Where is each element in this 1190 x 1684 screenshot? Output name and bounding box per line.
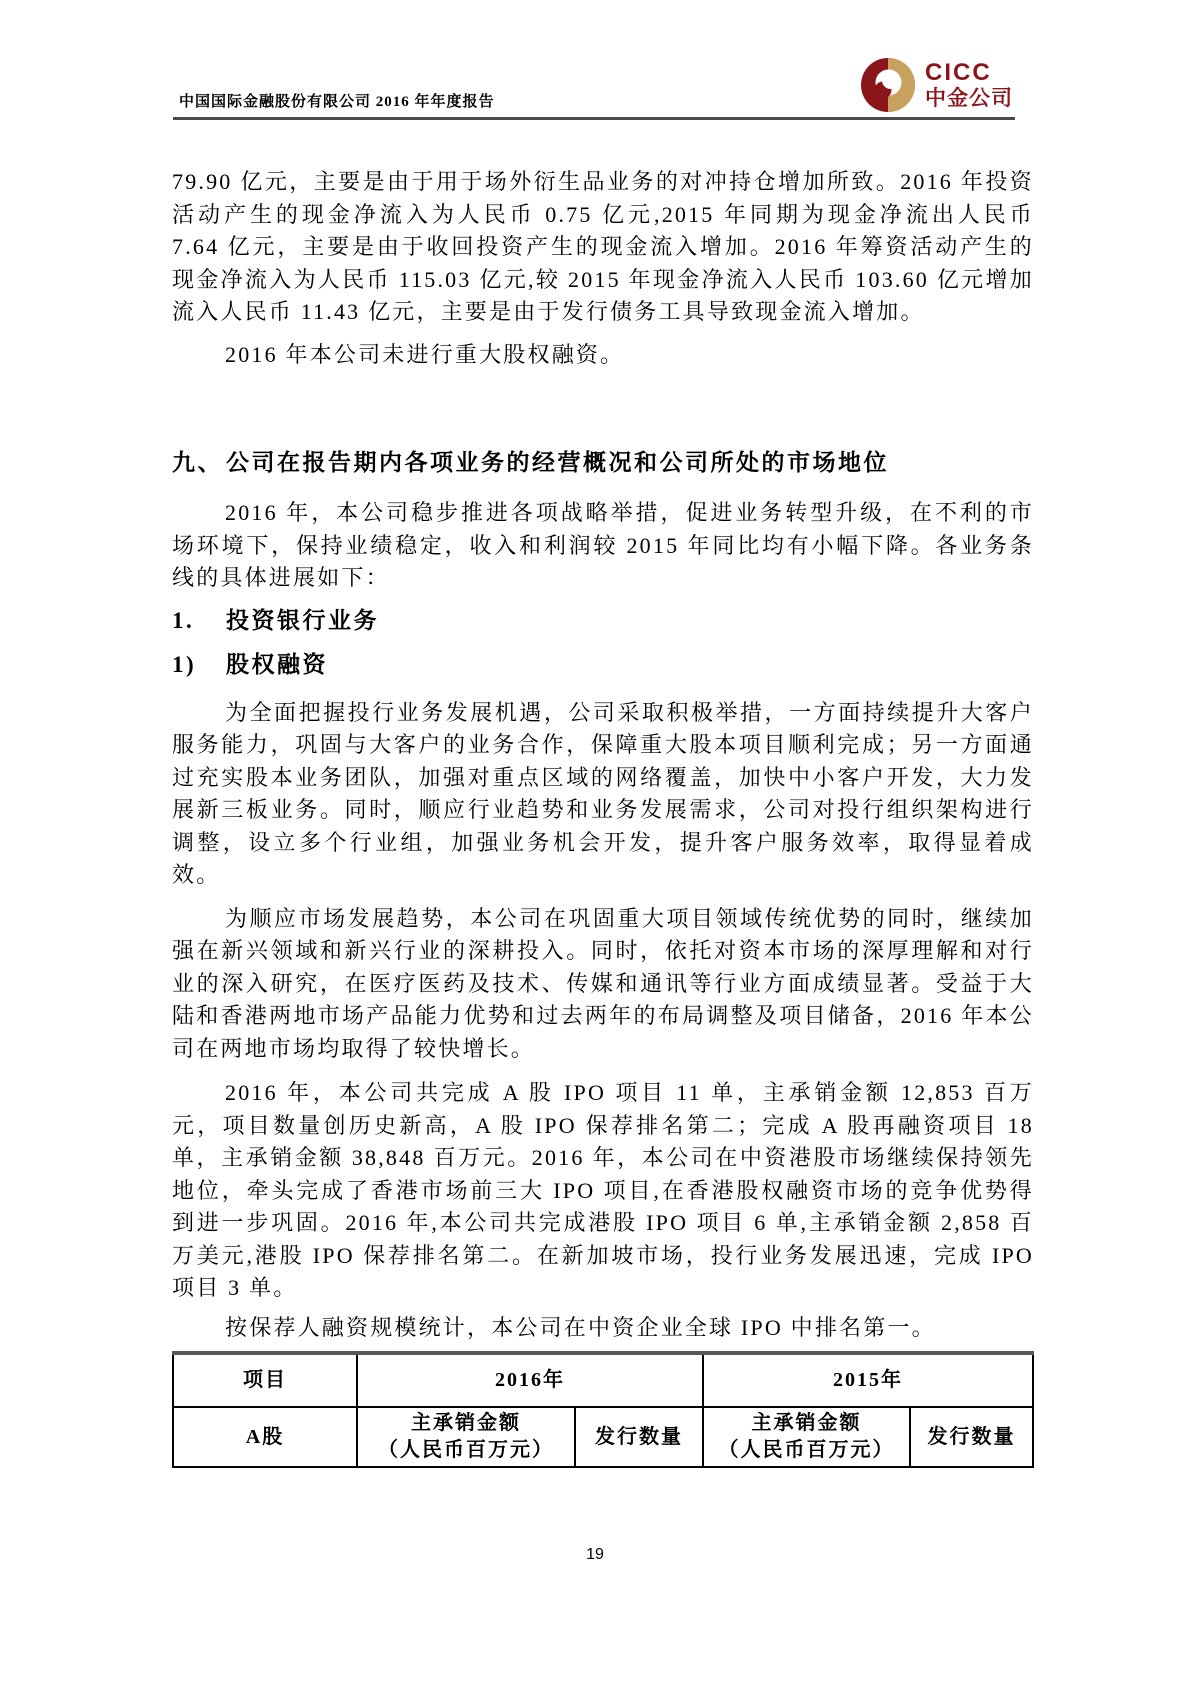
paragraph-ib-global-ranking: 按保荐人融资规模统计，本公司在中资企业全球 IPO 中排名第一。 [172, 1312, 1034, 1345]
header-divider [173, 117, 1015, 120]
table-header-row: 项目 2016年 2015年 [173, 1353, 1033, 1407]
table-subheader-count-2015: 发行数量 [910, 1407, 1033, 1467]
report-header-title: 中国国际金融股份有限公司 2016 年年度报告 [179, 90, 495, 111]
section-heading-9-title: 公司在报告期内各项业务的经营概况和公司所处的市场地位 [226, 446, 889, 480]
table-header-2015: 2015年 [703, 1353, 1033, 1407]
ipo-statistics-table: 项目 2016年 2015年 A股 主承销金额 （人民币百万元） 发行数量 主承… [172, 1351, 1034, 1468]
table-header-item: 项目 [173, 1353, 357, 1407]
report-page: 中国国际金融股份有限公司 2016 年年度报告 CICC 中金公司 79.90 … [0, 0, 1190, 1684]
paragraph-ib-strategy: 为全面把握投行业务发展机遇，公司采取积极举措，一方面持续提升大客户服务能力，巩固… [172, 697, 1034, 892]
amount-line1: 主承销金额 [752, 1412, 862, 1434]
subsection-heading-1-1-number: 1) [172, 648, 226, 682]
page-body: 79.90 亿元，主要是由于用于场外衍生品业务的对冲持仓增加所致。2016 年投… [172, 166, 1034, 1468]
amount-line1: 主承销金额 [411, 1412, 521, 1434]
cicc-logo-en: CICC [925, 61, 1013, 85]
subsection-heading-1-title: 投资银行业务 [226, 604, 379, 638]
cicc-logo-text: CICC 中金公司 [925, 61, 1013, 109]
table-subheader-count-2016: 发行数量 [575, 1407, 703, 1467]
section-heading-9: 九、 公司在报告期内各项业务的经营概况和公司所处的市场地位 [172, 446, 1034, 480]
cicc-logo: CICC 中金公司 [861, 58, 1013, 112]
amount-line2: （人民币百万元） [719, 1439, 895, 1461]
paragraph-cashflow: 79.90 亿元，主要是由于用于场外衍生品业务的对冲持仓增加所致。2016 年投… [172, 166, 1034, 329]
paragraph-ib-ipo-results: 2016 年，本公司共完成 A 股 IPO 项目 11 单，主承销金额 12,8… [172, 1077, 1034, 1305]
paragraph-ib-markets: 为顺应市场发展趋势，本公司在巩固重大项目领域传统优势的同时，继续加强在新兴领域和… [172, 903, 1034, 1066]
subsection-heading-1-number: 1. [172, 604, 226, 638]
cicc-logo-icon [861, 58, 915, 112]
page-number: 19 [0, 1546, 1190, 1564]
cicc-logo-zh: 中金公司 [925, 88, 1013, 109]
subsection-heading-1-1-title: 股权融资 [226, 648, 328, 682]
paragraph-no-equity-financing: 2016 年本公司未进行重大股权融资。 [172, 339, 1034, 372]
table-subheader-row: A股 主承销金额 （人民币百万元） 发行数量 主承销金额 （人民币百万元） 发行… [173, 1407, 1033, 1467]
section-heading-9-number: 九、 [172, 446, 226, 480]
table-subheader-amount-2016: 主承销金额 （人民币百万元） [357, 1407, 575, 1467]
amount-line2: （人民币百万元） [378, 1439, 554, 1461]
paragraph-overview: 2016 年，本公司稳步推进各项战略举措，促进业务转型升级，在不利的市场环境下，… [172, 497, 1034, 595]
table-row-label-a-share: A股 [173, 1407, 357, 1467]
subsection-heading-1: 1. 投资银行业务 [172, 604, 1034, 638]
subsection-heading-1-1: 1) 股权融资 [172, 648, 1034, 682]
table-header-2016: 2016年 [357, 1353, 703, 1407]
table-subheader-amount-2015: 主承销金额 （人民币百万元） [703, 1407, 910, 1467]
